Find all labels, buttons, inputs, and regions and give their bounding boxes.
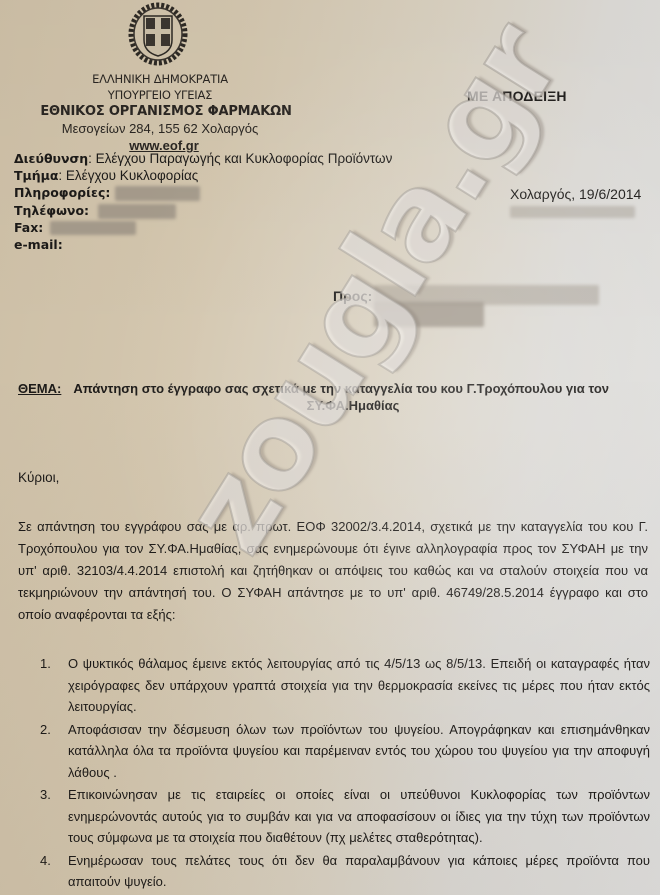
subject-label: ΘΕΜΑ: bbox=[18, 381, 61, 396]
list-item: 3.Επικοινώνησαν με τις εταιρείες οι οποί… bbox=[40, 784, 650, 849]
country-name: ΕΛΛΗΝΙΚΗ ΔΗΜΟΚΡΑΤΙΑ bbox=[0, 72, 320, 86]
phone-row: Τηλέφωνο: bbox=[14, 203, 89, 218]
phone-label: Τηλέφωνο: bbox=[14, 203, 89, 218]
list-item: 4.Ενημέρωσαν τους πελάτες τους ότι δεν θ… bbox=[40, 850, 650, 893]
redacted-fax bbox=[50, 221, 136, 235]
ministry-name: ΥΠΟΥΡΓΕΙΟ ΥΓΕΙΑΣ bbox=[0, 88, 320, 102]
directorate-row: Διεύθυνση: Ελέγχου Παραγωγής και Κυκλοφο… bbox=[14, 151, 392, 166]
email-row: e-mail: bbox=[14, 237, 63, 252]
organization-name: ΕΘΝΙΚΟΣ ΟΡΓΑΝΙΣΜΟΣ ΦΑΡΜΑΚΩΝ bbox=[6, 104, 326, 119]
greek-coat-of-arms-icon bbox=[127, 2, 189, 68]
list-item: 1.Ο ψυκτικός θάλαμος έμεινε εκτός λειτου… bbox=[40, 653, 650, 718]
info-label: Πληροφορίες: bbox=[14, 185, 110, 200]
redacted-phone bbox=[98, 204, 176, 219]
salutation: Κύριοι, bbox=[18, 470, 59, 485]
email-label: e-mail: bbox=[14, 237, 63, 252]
organization-address: Μεσογείων 284, 155 62 Χολαργός bbox=[0, 121, 320, 136]
department-row: Τμήμα: Ελέγχου Κυκλοφορίας bbox=[14, 168, 198, 183]
redacted-info bbox=[115, 186, 200, 201]
findings-list: 1.Ο ψυκτικός θάλαμος έμεινε εκτός λειτου… bbox=[40, 653, 650, 894]
recipient-label: Προς: bbox=[333, 288, 372, 304]
body-paragraph: Σε απάντηση του εγγράφου σας με αρ. πρωτ… bbox=[18, 516, 648, 626]
subject-block: ΘΕΜΑ:Απάντηση στο έγγραφο σας σχετικά με… bbox=[18, 380, 648, 414]
list-item: 2.Αποφάσισαν την δέσμευση όλων των προϊό… bbox=[40, 719, 650, 784]
fax-label: Fax: bbox=[14, 220, 43, 235]
place-date: Χολαργός, 19/6/2014 bbox=[510, 186, 641, 202]
info-row: Πληροφορίες: bbox=[14, 185, 110, 200]
subject-line2: ΣΥ.ΦΑ.Ημαθίας bbox=[58, 397, 648, 414]
department-label: Τμήμα bbox=[14, 168, 58, 183]
scanned-letter-page: ΕΛΛΗΝΙΚΗ ΔΗΜΟΚΡΑΤΙΑ ΥΠΟΥΡΓΕΙΟ ΥΓΕΙΑΣ ΕΘΝ… bbox=[0, 0, 660, 895]
department-value: : Ελέγχου Κυκλοφορίας bbox=[58, 168, 198, 183]
redacted-protocol bbox=[510, 206, 635, 218]
directorate-value: : Ελέγχου Παραγωγής και Κυκλοφορίας Προϊ… bbox=[88, 151, 392, 166]
subject-line1: Απάντηση στο έγγραφο σας σχετικά με την … bbox=[73, 381, 609, 396]
directorate-label: Διεύθυνση bbox=[14, 151, 88, 166]
fax-row: Fax: bbox=[14, 220, 43, 235]
redacted-recipient-line2 bbox=[374, 302, 484, 327]
delivery-note: ΜΕ ΑΠΟΔΕΙΞΗ bbox=[467, 88, 567, 104]
